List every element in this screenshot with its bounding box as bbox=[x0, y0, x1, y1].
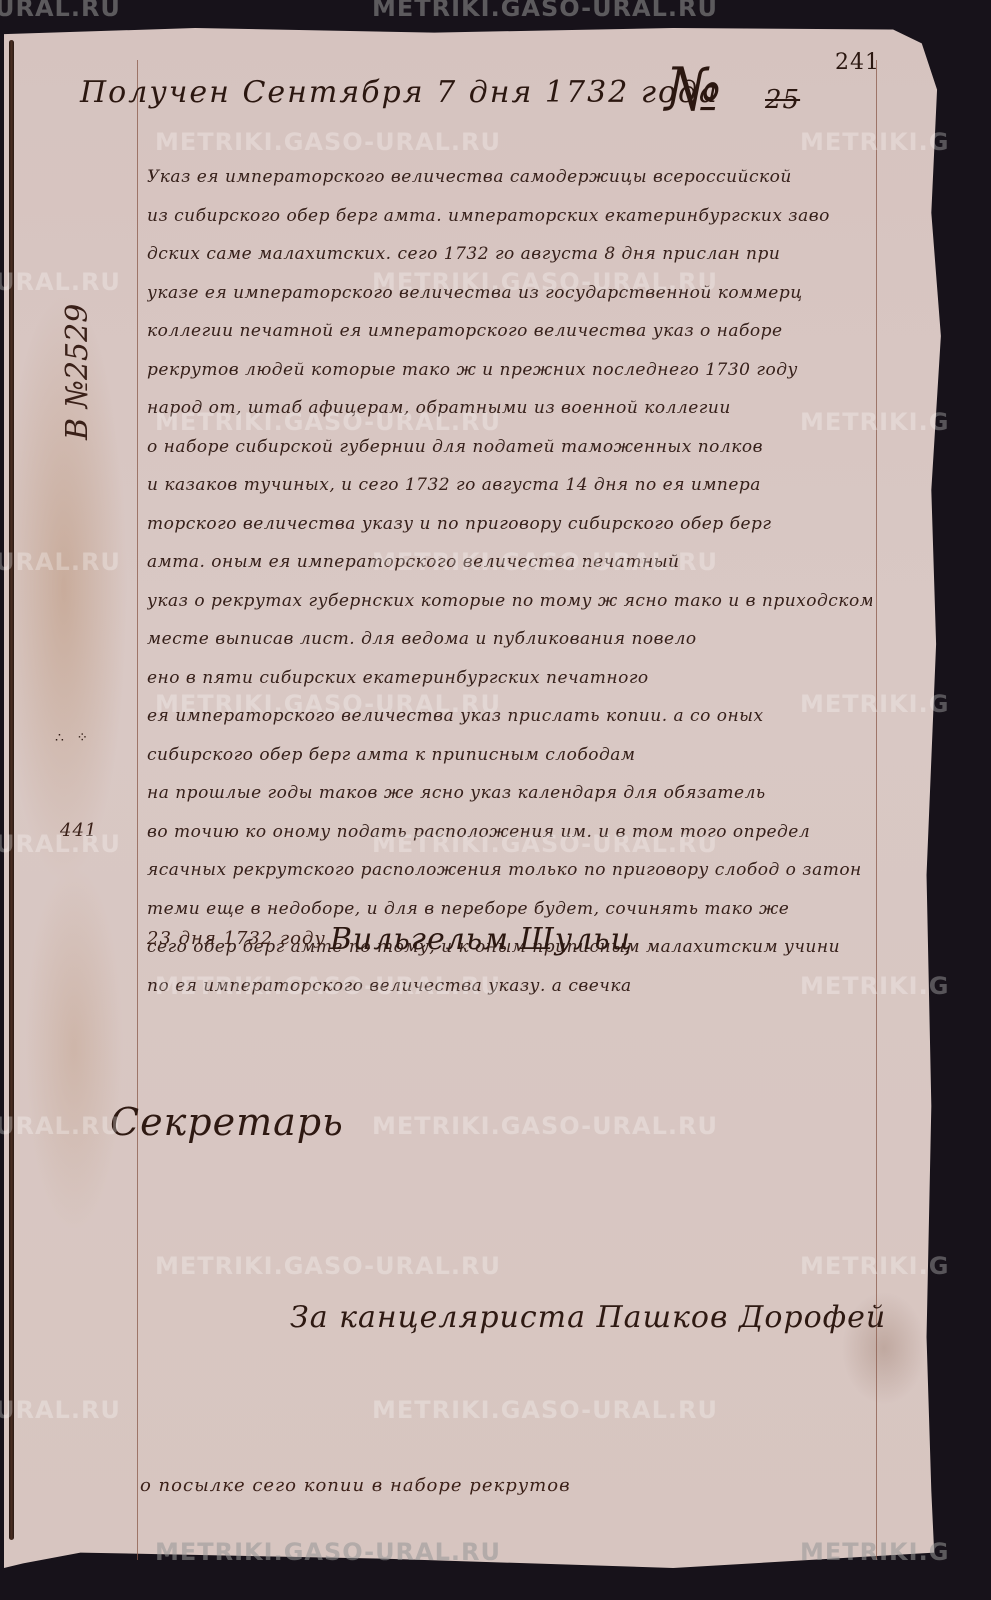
footer-note: о посылке сего копии в наборе рекрутов bbox=[140, 1475, 571, 1496]
binding-edge bbox=[9, 40, 14, 1540]
right-margin-rule bbox=[876, 60, 877, 1560]
body-line: рекрутов людей которые тако ж и прежних … bbox=[147, 351, 872, 390]
body-line: и казаков тучиных, и сего 1732 го август… bbox=[147, 466, 872, 505]
document-number: 25 bbox=[765, 85, 800, 115]
body-line: народ от, штаб афицерам, обратными из во… bbox=[147, 389, 872, 428]
received-header: Получен Сентября 7 дня 1732 года bbox=[80, 75, 719, 110]
body-line: из сибирского обер берг амта. императорс… bbox=[147, 197, 872, 236]
document-body: Указ ея императорского величества самоде… bbox=[147, 158, 872, 1005]
body-line: во точию ко оному подать расположения им… bbox=[147, 813, 872, 852]
signature-clerk: За канцеляриста Пашков Дорофей bbox=[290, 1300, 886, 1335]
body-line: указ о рекрутах губернских которые по то… bbox=[147, 582, 872, 621]
body-line: сибирского обер берг амта к приписным сл… bbox=[147, 736, 872, 775]
body-line: ено в пяти сибирских екатеринбургских пе… bbox=[147, 659, 872, 698]
body-line: дских саме малахитских. сего 1732 го авг… bbox=[147, 235, 872, 274]
watermark: URAL.RU bbox=[0, 0, 121, 22]
body-line: о наборе сибирской губернии для податей … bbox=[147, 428, 872, 467]
body-line: указе ея императорского величества из го… bbox=[147, 274, 872, 313]
watermark: METRIKI.GASO-URAL.RU bbox=[372, 0, 718, 22]
body-line: месте выписав лист. для ведома и публико… bbox=[147, 620, 872, 659]
signature-secretary: Секретарь bbox=[110, 1100, 344, 1144]
margin-register-number: В №2529 bbox=[60, 304, 95, 440]
body-line: торского величества указу и по приговору… bbox=[147, 505, 872, 544]
body-line: на прошлые годы таков же ясно указ кален… bbox=[147, 774, 872, 813]
ink-dots: ∴ ⁘ bbox=[55, 730, 92, 746]
body-line: Указ ея императорского величества самоде… bbox=[147, 158, 872, 197]
signature-schultz: Вильгельм Шульц bbox=[330, 922, 633, 957]
document-date: 23 дня 1732 году bbox=[147, 928, 326, 949]
body-line: амта. оным ея императорского величества … bbox=[147, 543, 872, 582]
body-line: коллегии печатной ея императорского вели… bbox=[147, 312, 872, 351]
number-sign: № bbox=[665, 55, 723, 125]
body-line: ея императорского величества указ присла… bbox=[147, 697, 872, 736]
body-line: по ея императорского величества указу. а… bbox=[147, 967, 872, 1006]
body-line: ясачных рекрутского расположения только … bbox=[147, 851, 872, 890]
folio-number: 241 bbox=[835, 50, 880, 75]
margin-small-number: 441 bbox=[60, 820, 97, 841]
left-margin-rule bbox=[137, 60, 138, 1560]
